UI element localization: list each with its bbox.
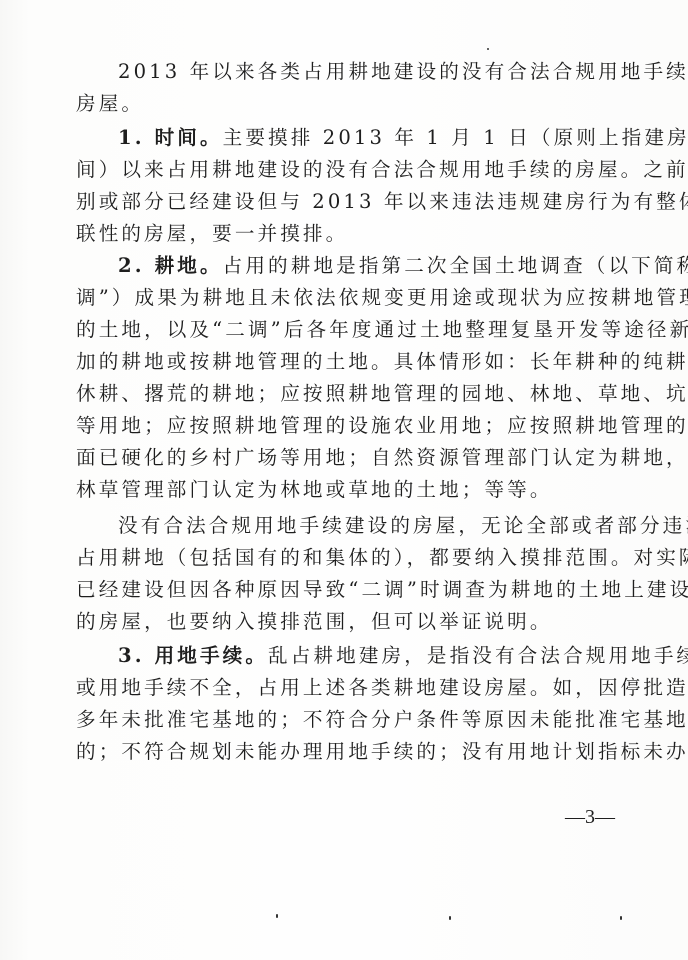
section-1-heading-line: 1. 时间。主要摸排 2013 年 1 月 1 日（原则上指建房开工时 [118,126,592,150]
scan-speck [487,48,489,50]
text-line: 已经建设但因各种原因导致“二调”时调查为耕地的土地上建设 [76,578,592,602]
text-line: 的房屋，也要纳入摸排范围，但可以举证说明。 [76,610,592,634]
text-line: 或用地手续不全，占用上述各类耕地建设房屋。如，因停批造成 [76,676,592,700]
scan-speck [449,916,451,920]
text-line: 间）以来占用耕地建设的没有合法合规用地手续的房屋。之前个 [76,158,592,182]
text-line: 加的耕地或按耕地管理的土地。具体情形如：长年耕种的纯耕地； [76,350,592,374]
section-2-title: 2. 耕地。 [118,254,223,277]
document-page: 2013 年以来各类占用耕地建设的没有合法合规用地手续的 房屋。 1. 时间。主… [0,0,688,960]
text-line: 的；不符合规划未能办理用地手续的；没有用地计划指标未办理 [76,740,592,764]
text-line: 多年未批准宅基地的；不符合分户条件等原因未能批准宅基地 [76,708,592,732]
text-line: 面已硬化的乡村广场等用地；自然资源管理部门认定为耕地，但 [76,446,592,470]
section-1-title: 1. 时间。 [118,126,223,149]
scan-speck [620,916,622,920]
text-line: 等用地；应按照耕地管理的设施农业用地；应按照耕地管理的地 [76,414,592,438]
text-line: 房屋。 [76,92,592,116]
text-line: 占用耕地（包括国有的和集体的），都要纳入摸排范围。对实际 [76,546,592,570]
section-2-heading-line: 2. 耕地。占用的耕地是指第二次全国土地调查（以下简称“二 [118,254,592,278]
text-line: 联性的房屋，要一并摸排。 [76,222,592,246]
text-line: 2013 年以来各类占用耕地建设的没有合法合规用地手续的 [118,60,592,84]
section-3-title: 3. 用地手续。 [118,644,268,667]
text-line: 别或部分已经建设但与 2013 年以来违法违规建房行为有整体关 [76,190,592,214]
scan-speck [276,914,278,918]
text-line: 林草管理部门认定为林地或草地的土地；等等。 [76,478,592,502]
text-line: 调”）成果为耕地且未依法依规变更用途或现状为应按耕地管理 [76,286,592,310]
section-3-heading-line: 3. 用地手续。乱占耕地建房，是指没有合法合规用地手续 [118,644,592,668]
text-line: 的土地，以及“二调”后各年度通过土地整理复垦开发等途径新增 [76,318,592,342]
page-number: —3— [565,806,615,829]
text-line: 没有合法合规用地手续建设的房屋，无论全部或者部分违法 [118,514,592,538]
text-line: 休耕、撂荒的耕地；应按照耕地管理的园地、林地、草地、坑塘 [76,382,592,406]
